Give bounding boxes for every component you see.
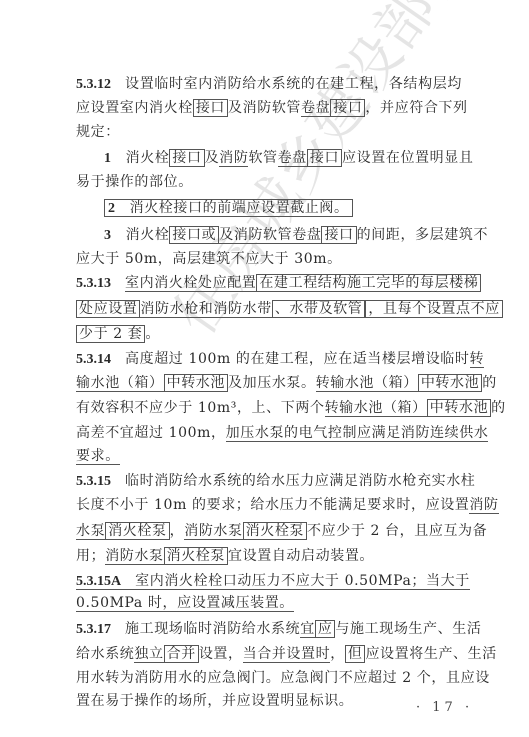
revision-box: 接口 <box>321 226 356 244</box>
clause-5-3-15-line-3: 水泵消火栓泵，消防水泵消火栓泵不应少于 2 台，且应互为备 <box>76 520 462 542</box>
clause-5-3-15a-line-1: 5.3.15A室内消火栓栓口动压力不应大于 0.50MPa；当大于 <box>76 570 462 592</box>
clause-5-3-14-line-1: 5.3.14高度超过 100m 的在建工程，应在适当楼层增设临时转 <box>76 348 462 370</box>
item-3-line-2: 应大于 50m，高层建筑不应大于 30m。 <box>76 248 462 270</box>
clause-5-3-13-line-1: 5.3.13室内消火栓处应配置在建工程结构施工完毕的每层楼梯 <box>76 272 462 294</box>
page-number: · 17 · <box>416 700 473 715</box>
clause-5-3-17-line-4: 置在易于操作的场所，并应设置明显标识。 <box>76 690 462 712</box>
revision-box: 2消火栓接口的前端应设置截止阀。 <box>104 199 353 217</box>
clause-5-3-15-line-1: 5.3.15临时消防给水系统的给水压力应满足消防水枪充实水柱 <box>76 470 462 492</box>
clause-5-3-14-line-5: 要求。 <box>76 445 462 467</box>
revision-box: 接口 <box>169 149 204 167</box>
clause-5-3-17-line-3: 用水转为消防用水的应急阀门。应急阀门不应超过 2 个，且应设 <box>76 667 462 689</box>
clause-5-3-17-line-2: 给水系统独立合并设置，当合并设置时，但应设置将生产、生活 <box>76 643 462 665</box>
revision-box: 在建工程结构施工完毕的每层楼梯 <box>256 274 481 292</box>
revision-box: 接口 <box>193 99 228 117</box>
clause-5-3-14-line-2: 输水池（箱）中转水池及加压水泵。转输水池（箱）中转水池的 <box>76 372 462 394</box>
clause-5-3-12-line-1: 5.3.12设置临时室内消防给水系统的在建工程，各结构层均 <box>76 73 462 95</box>
revision-box: 接口或 <box>169 226 219 244</box>
clause-5-3-15-line-2: 长度不小于 10m 的要求；给水压力不能满足要求时，应设置消防 <box>76 494 462 516</box>
item-1-line-2: 易于操作的部位。 <box>76 171 462 193</box>
clause-number: 5.3.12 <box>76 77 111 92</box>
clause-5-3-12-line-2: 应设置室内消火栓接口及消防软管卷盘接口，并应符合下列 <box>76 97 462 119</box>
clause-5-3-15-line-4: 用；消防水泵消火栓泵宜设置自动启动装置。 <box>76 545 462 567</box>
item-2: 2消火栓接口的前端应设置截止阀。 <box>76 197 462 219</box>
clause-5-3-15a-line-2: 0.50MPa 时，应设置减压装置。 <box>76 592 462 614</box>
clause-5-3-17-line-1: 5.3.17施工现场临时消防给水系统宜应与施工现场生产、生活 <box>76 618 462 640</box>
revision-underline: 卷盘 <box>301 100 330 117</box>
clause-5-3-13-line-2: 处应设置消防水枪和消防水带、水带及软管，且每个设置点不应 <box>76 298 462 320</box>
revision-box: 接口 <box>330 99 365 117</box>
item-1-line-1: 1消火栓接口及消防软管卷盘接口应设置在位置明显且 <box>76 147 462 169</box>
revision-underline: 卷盘 <box>278 150 307 167</box>
clause-5-3-14-line-4: 高差不宜超过 100m，加压水泵的电气控制应满足消防连续供水 <box>76 422 462 444</box>
clause-5-3-12-line-3: 规定： <box>76 121 462 143</box>
revision-underline: 及消防软管卷盘 <box>219 227 321 244</box>
revision-underline: 消防 <box>219 150 248 167</box>
item-3-line-1: 3消火栓接口或及消防软管卷盘接口的间距，多层建筑不 <box>76 224 462 246</box>
clause-5-3-13-line-3: 少于 2 套。 <box>76 323 462 345</box>
clause-5-3-14-line-3: 有效容积不应少于 10m³，上、下两个转输水池（箱）中转水池的 <box>76 397 462 419</box>
revision-box: 接口 <box>307 149 342 167</box>
